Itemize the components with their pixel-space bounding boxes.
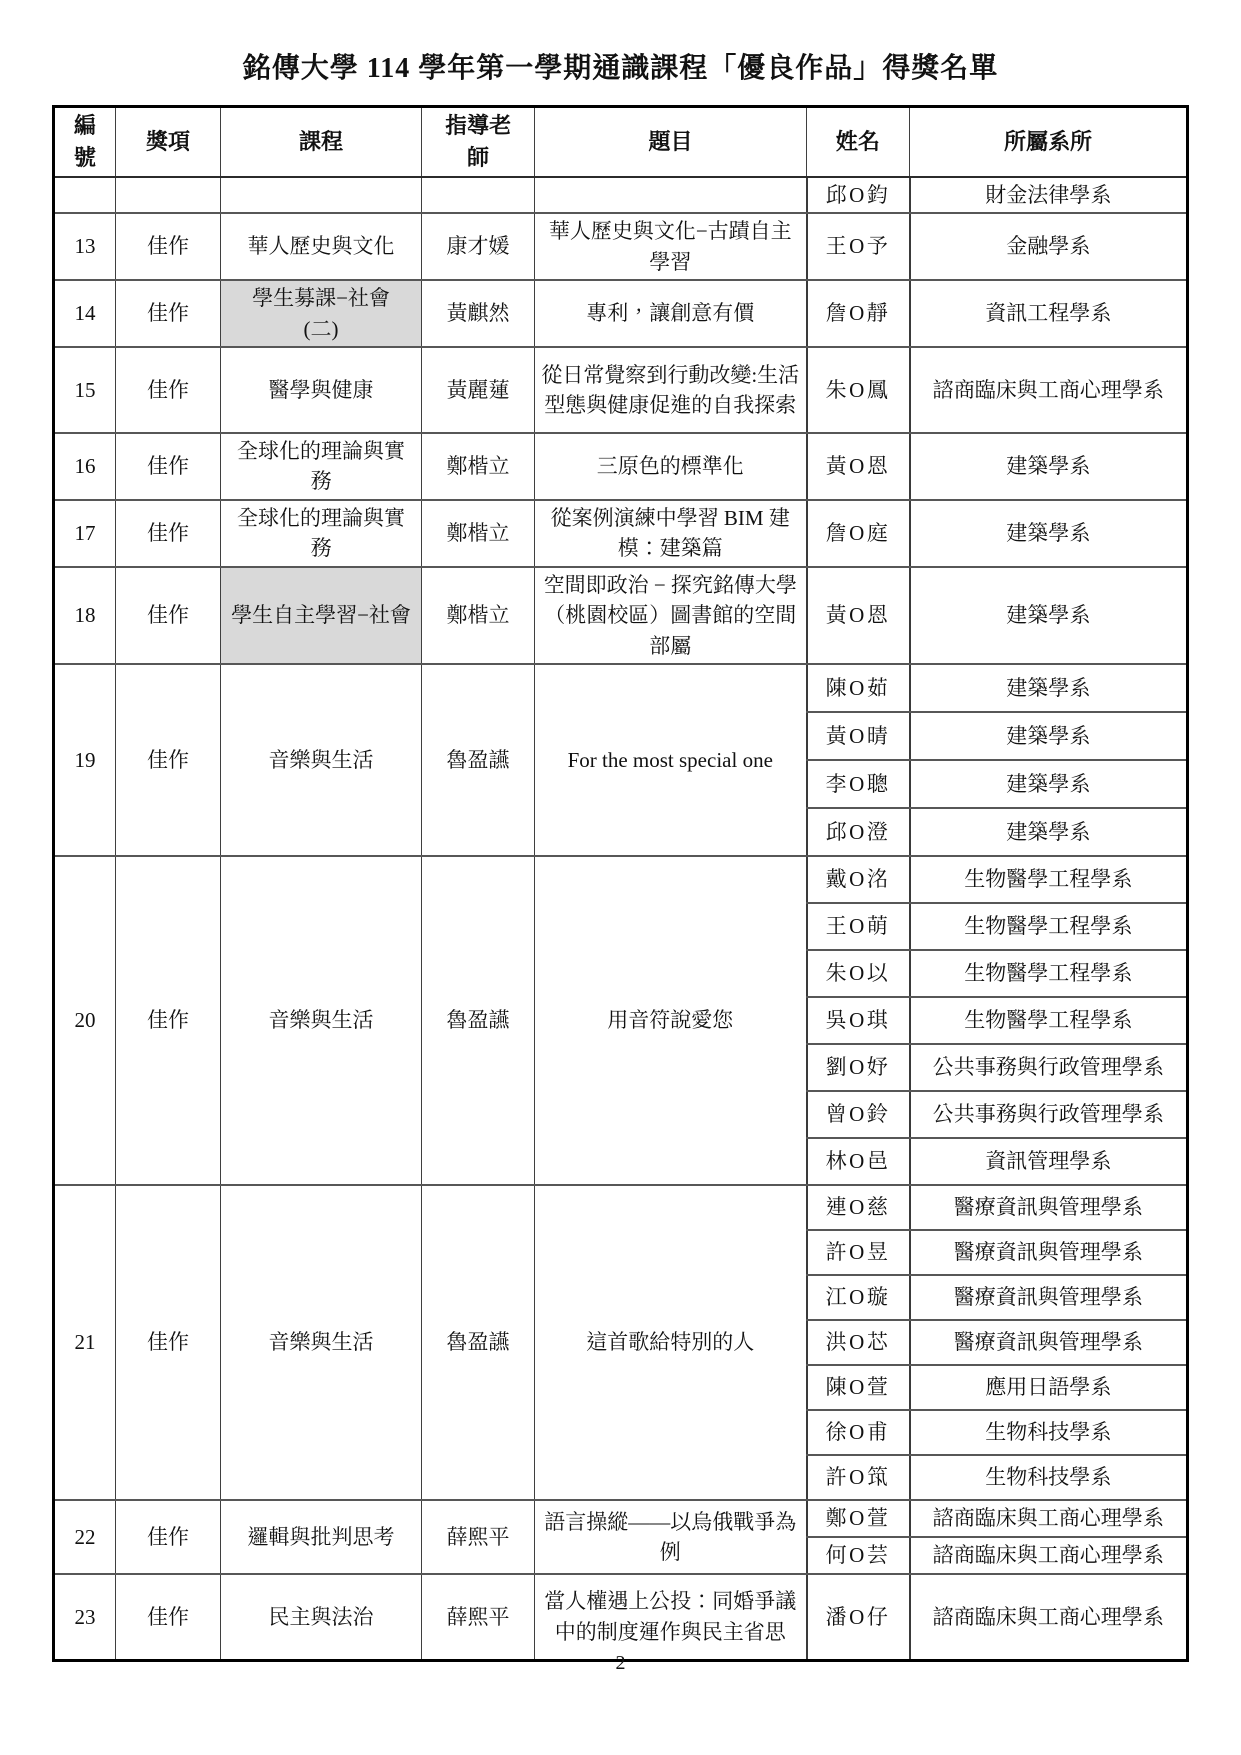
winner-name-cell: 鄭O萱 [807, 1500, 910, 1537]
winner-name-cell: 黃O晴 [807, 712, 910, 760]
table-row: 20佳作音樂與生活魯盈讌用音符說愛您戴O洺生物醫學工程學系 [54, 856, 1188, 903]
row-number-cell: 14 [54, 280, 116, 347]
table-row: 19佳作音樂與生活魯盈讌For the most special one陳O茹建… [54, 664, 1188, 712]
winner-dept-cell: 財金法律學系 [910, 177, 1188, 213]
award-cell: 佳作 [116, 1574, 221, 1660]
teacher-cell: 魯盈讌 [422, 664, 535, 856]
table-row: 23佳作民主與法治薛熙平當人權遇上公投：同婚爭議中的制度運作與民主省思潘O仔諮商… [54, 1574, 1188, 1660]
winner-dept-cell: 建築學系 [910, 567, 1188, 664]
winner-name-cell: 許O昱 [807, 1230, 910, 1275]
title-cell: For the most special one [535, 664, 807, 856]
table-row: 邱O鈞財金法律學系 [54, 177, 1188, 213]
teacher-cell: 薛熙平 [422, 1500, 535, 1574]
winner-dept-cell: 醫療資訊與管理學系 [910, 1275, 1188, 1320]
course-cell: 學生募課−社會 (二) [221, 280, 422, 347]
winner-name-cell: 王O萌 [807, 903, 910, 950]
award-table: 編號獎項課程指導老 師題目姓名所屬系所 邱O鈞財金法律學系13佳作華人歷史與文化… [52, 105, 1189, 1662]
winner-name-cell: 李O聰 [807, 760, 910, 808]
teacher-cell: 黃麒然 [422, 280, 535, 347]
winner-name-cell: 黃O恩 [807, 567, 910, 664]
course-cell: 全球化的理論與實務 [221, 500, 422, 567]
row-number-cell: 23 [54, 1574, 116, 1660]
title-cell: 從案例演練中學習 BIM 建模：建築篇 [535, 500, 807, 567]
table-header-row: 編號獎項課程指導老 師題目姓名所屬系所 [54, 107, 1188, 177]
winner-dept-cell: 諮商臨床與工商心理學系 [910, 1537, 1188, 1574]
winner-dept-cell: 生物醫學工程學系 [910, 950, 1188, 997]
winner-dept-cell: 諮商臨床與工商心理學系 [910, 1500, 1188, 1537]
column-header: 獎項 [116, 107, 221, 177]
course-cell: 學生自主學習−社會 [221, 567, 422, 664]
column-header: 題目 [535, 107, 807, 177]
row-number-cell: 15 [54, 347, 116, 433]
page-title: 銘傳大學 114 學年第一學期通識課程「優良作品」得獎名單 [0, 46, 1241, 86]
winner-dept-cell: 公共事務與行政管理學系 [910, 1091, 1188, 1138]
row-number-cell: 17 [54, 500, 116, 567]
winner-dept-cell: 諮商臨床與工商心理學系 [910, 347, 1188, 433]
course-cell: 華人歷史與文化 [221, 213, 422, 280]
award-cell [116, 177, 221, 213]
winner-dept-cell: 諮商臨床與工商心理學系 [910, 1574, 1188, 1660]
winner-name-cell: 戴O洺 [807, 856, 910, 903]
table-row: 21佳作音樂與生活魯盈讌這首歌給特別的人連O慈醫療資訊與管理學系 [54, 1185, 1188, 1230]
winner-name-cell: 潘O仔 [807, 1574, 910, 1660]
winner-dept-cell: 生物醫學工程學系 [910, 856, 1188, 903]
winner-name-cell: 何O芸 [807, 1537, 910, 1574]
award-cell: 佳作 [116, 433, 221, 500]
row-number-cell [54, 177, 116, 213]
award-cell: 佳作 [116, 213, 221, 280]
title-cell: 三原色的標準化 [535, 433, 807, 500]
winner-dept-cell: 建築學系 [910, 760, 1188, 808]
course-cell [221, 177, 422, 213]
winner-name-cell: 林O邑 [807, 1138, 910, 1185]
teacher-cell: 魯盈讌 [422, 1185, 535, 1500]
winner-name-cell: 吳O琪 [807, 997, 910, 1044]
winner-dept-cell: 建築學系 [910, 500, 1188, 567]
award-cell: 佳作 [116, 567, 221, 664]
winner-dept-cell: 應用日語學系 [910, 1365, 1188, 1410]
winner-dept-cell: 醫療資訊與管理學系 [910, 1230, 1188, 1275]
winner-name-cell: 連O慈 [807, 1185, 910, 1230]
column-header: 編號 [54, 107, 116, 177]
winner-dept-cell: 醫療資訊與管理學系 [910, 1185, 1188, 1230]
winner-dept-cell: 公共事務與行政管理學系 [910, 1044, 1188, 1091]
course-cell: 音樂與生活 [221, 1185, 422, 1500]
teacher-cell: 康才媛 [422, 213, 535, 280]
winner-name-cell: 陳O萱 [807, 1365, 910, 1410]
row-number-cell: 22 [54, 1500, 116, 1574]
teacher-cell: 黃麗蓮 [422, 347, 535, 433]
winner-dept-cell: 資訊管理學系 [910, 1138, 1188, 1185]
title-cell: 專利，讓創意有價 [535, 280, 807, 347]
winner-name-cell: 詹O庭 [807, 500, 910, 567]
table-row: 16佳作全球化的理論與實務鄭楷立三原色的標準化黃O恩建築學系 [54, 433, 1188, 500]
winner-name-cell: 曾O鈴 [807, 1091, 910, 1138]
table-row: 22佳作邏輯與批判思考薛熙平語言操縱——以烏俄戰爭為例鄭O萱諮商臨床與工商心理學… [54, 1500, 1188, 1537]
table-row: 18佳作學生自主學習−社會鄭楷立空間即政治 − 探究銘傳大學（桃園校區）圖書館的… [54, 567, 1188, 664]
teacher-cell: 鄭楷立 [422, 567, 535, 664]
winner-dept-cell: 建築學系 [910, 433, 1188, 500]
winner-name-cell: 朱O鳳 [807, 347, 910, 433]
winner-name-cell: 陳O茹 [807, 664, 910, 712]
course-cell: 全球化的理論與實務 [221, 433, 422, 500]
award-cell: 佳作 [116, 1185, 221, 1500]
table-row: 13佳作華人歷史與文化康才媛華人歷史與文化−古蹟自主學習王O予金融學系 [54, 213, 1188, 280]
winner-dept-cell: 資訊工程學系 [910, 280, 1188, 347]
title-cell: 用音符說愛您 [535, 856, 807, 1185]
column-header: 課程 [221, 107, 422, 177]
award-cell: 佳作 [116, 500, 221, 567]
winner-name-cell: 朱O以 [807, 950, 910, 997]
winner-dept-cell: 生物醫學工程學系 [910, 903, 1188, 950]
award-cell: 佳作 [116, 664, 221, 856]
row-number-cell: 16 [54, 433, 116, 500]
title-cell: 當人權遇上公投：同婚爭議中的制度運作與民主省思 [535, 1574, 807, 1660]
row-number-cell: 18 [54, 567, 116, 664]
award-cell: 佳作 [116, 347, 221, 433]
teacher-cell [422, 177, 535, 213]
table-row: 14佳作學生募課−社會 (二)黃麒然專利，讓創意有價詹O靜資訊工程學系 [54, 280, 1188, 347]
award-cell: 佳作 [116, 1500, 221, 1574]
winner-name-cell: 黃O恩 [807, 433, 910, 500]
winner-name-cell: 徐O甫 [807, 1410, 910, 1455]
winner-dept-cell: 醫療資訊與管理學系 [910, 1320, 1188, 1365]
winner-dept-cell: 建築學系 [910, 712, 1188, 760]
award-cell: 佳作 [116, 856, 221, 1185]
winner-dept-cell: 生物科技學系 [910, 1410, 1188, 1455]
award-cell: 佳作 [116, 280, 221, 347]
winner-name-cell: 江O璇 [807, 1275, 910, 1320]
row-number-cell: 20 [54, 856, 116, 1185]
winner-name-cell: 王O予 [807, 213, 910, 280]
title-cell: 空間即政治 − 探究銘傳大學（桃園校區）圖書館的空間部屬 [535, 567, 807, 664]
winner-name-cell: 洪O芯 [807, 1320, 910, 1365]
row-number-cell: 13 [54, 213, 116, 280]
winner-dept-cell: 生物科技學系 [910, 1455, 1188, 1500]
column-header: 姓名 [807, 107, 910, 177]
course-cell: 醫學與健康 [221, 347, 422, 433]
title-cell [535, 177, 807, 213]
course-cell: 音樂與生活 [221, 664, 422, 856]
winner-name-cell: 許O筑 [807, 1455, 910, 1500]
title-cell: 語言操縱——以烏俄戰爭為例 [535, 1500, 807, 1574]
winner-name-cell: 詹O靜 [807, 280, 910, 347]
course-cell: 民主與法治 [221, 1574, 422, 1660]
column-header: 所屬系所 [910, 107, 1188, 177]
teacher-cell: 薛熙平 [422, 1574, 535, 1660]
winner-name-cell: 邱O澄 [807, 808, 910, 856]
winner-name-cell: 邱O鈞 [807, 177, 910, 213]
course-cell: 音樂與生活 [221, 856, 422, 1185]
winner-dept-cell: 金融學系 [910, 213, 1188, 280]
teacher-cell: 鄭楷立 [422, 433, 535, 500]
winner-dept-cell: 建築學系 [910, 808, 1188, 856]
row-number-cell: 21 [54, 1185, 116, 1500]
winner-name-cell: 劉O妤 [807, 1044, 910, 1091]
row-number-cell: 19 [54, 664, 116, 856]
course-cell: 邏輯與批判思考 [221, 1500, 422, 1574]
page-number: 2 [0, 1652, 1241, 1675]
winner-dept-cell: 建築學系 [910, 664, 1188, 712]
column-header: 指導老 師 [422, 107, 535, 177]
title-cell: 從日常覺察到行動改變:生活型態與健康促進的自我探索 [535, 347, 807, 433]
teacher-cell: 鄭楷立 [422, 500, 535, 567]
teacher-cell: 魯盈讌 [422, 856, 535, 1185]
winner-dept-cell: 生物醫學工程學系 [910, 997, 1188, 1044]
table-row: 17佳作全球化的理論與實務鄭楷立從案例演練中學習 BIM 建模：建築篇詹O庭建築… [54, 500, 1188, 567]
title-cell: 這首歌給特別的人 [535, 1185, 807, 1500]
table-row: 15佳作醫學與健康黃麗蓮從日常覺察到行動改變:生活型態與健康促進的自我探索朱O鳳… [54, 347, 1188, 433]
title-cell: 華人歷史與文化−古蹟自主學習 [535, 213, 807, 280]
